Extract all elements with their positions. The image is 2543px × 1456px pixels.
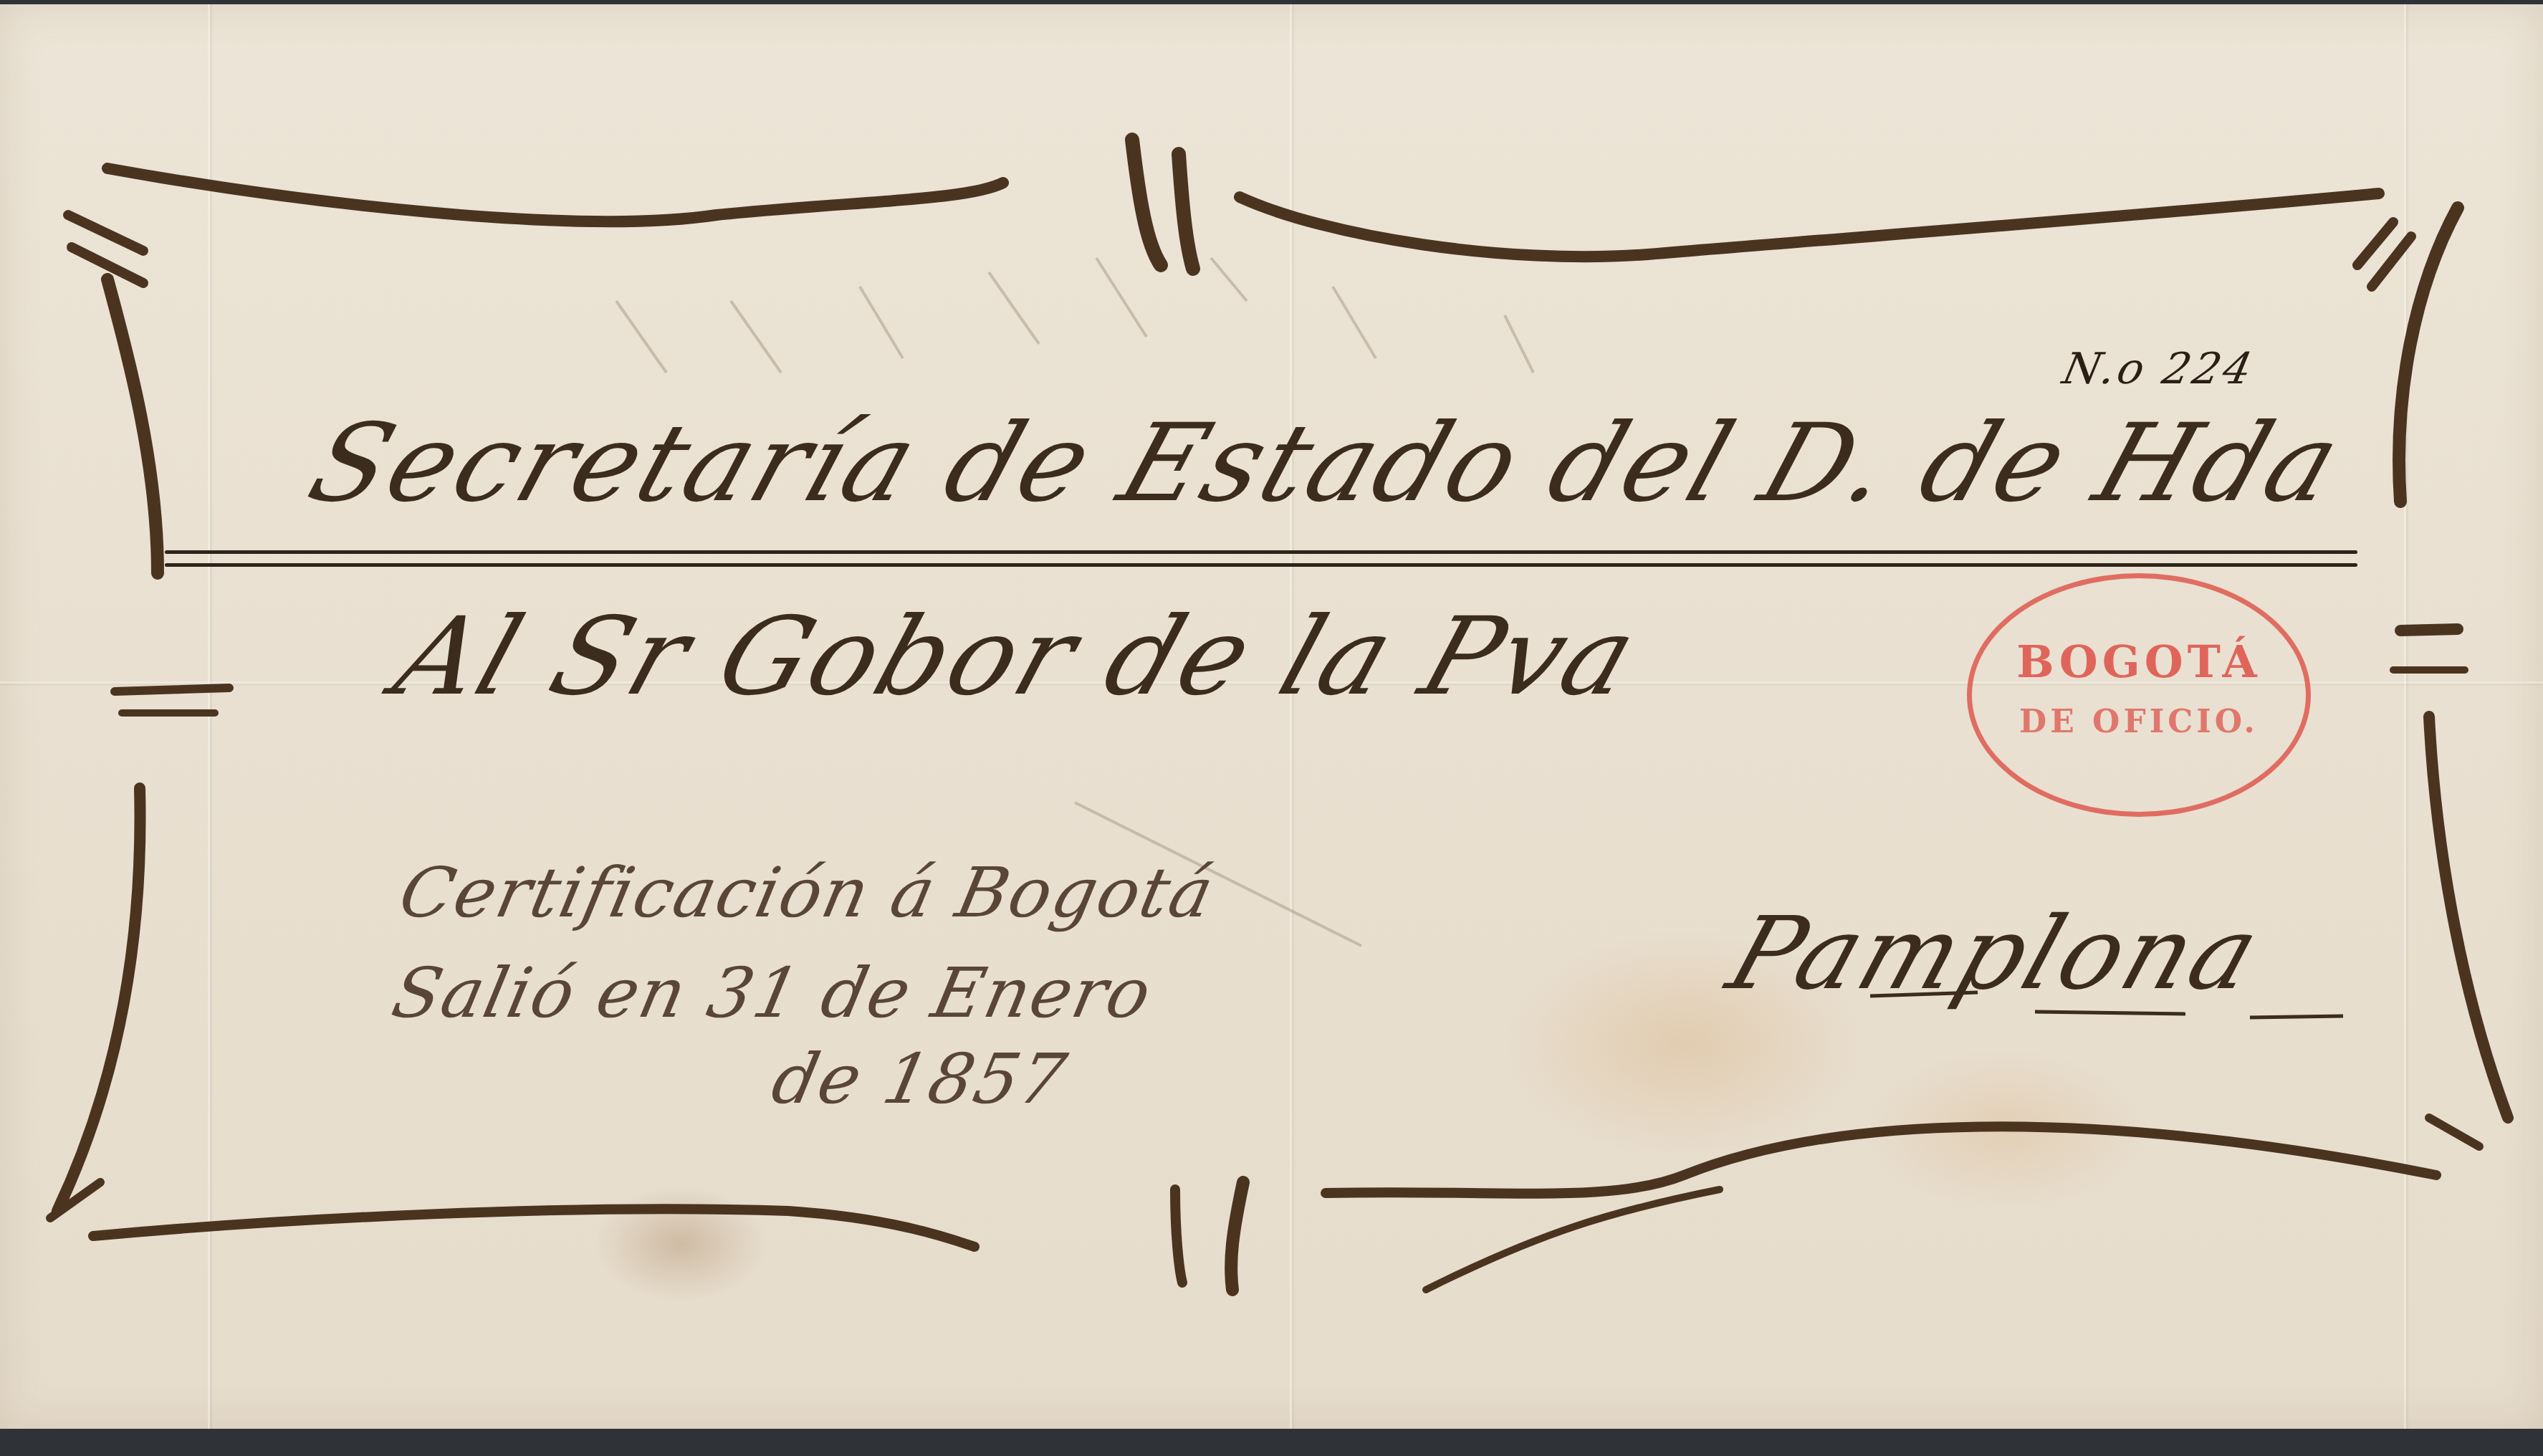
- photo-backdrop: N.o 224 Secretaría de Estado del D. de H…: [0, 0, 2543, 1456]
- destination-underline: [0, 0, 2543, 1456]
